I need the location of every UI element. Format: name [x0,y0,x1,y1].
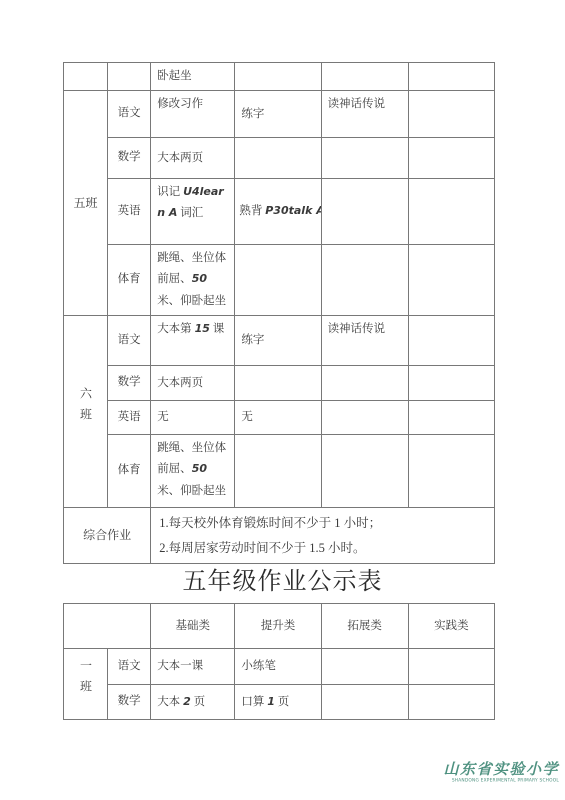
empty-cell [408,316,494,366]
header-improve: 提升类 [235,604,321,649]
cell-class5-math-basic: 大本两页 [151,138,235,179]
subject-label-math: 数学 [108,138,151,179]
cell-carryover-text: 卧起坐 [151,63,235,91]
class5-math-row: 数学 大本两页 [64,138,495,179]
empty-cell [408,179,494,245]
cell-class1-chinese-improve: 小练笔 [235,649,321,685]
empty-cell [408,435,494,508]
subject-label-chinese: 语文 [108,649,151,685]
subject-label-math: 数学 [108,685,151,720]
school-logo-english: SHANDONG EXPERIMENTAL PRIMARY SCHOOL [429,778,559,783]
empty-cell [321,63,408,91]
empty-cell [408,63,494,91]
school-logo: 山东省实验小学 SHANDONG EXPERIMENTAL PRIMARY SC… [379,760,559,785]
cell-class5-chinese-basic: 修改习作 [151,91,235,138]
cell-class6-chinese-expand: 读神话传说 [321,316,408,366]
header-practice: 实践类 [408,604,494,649]
summary-content: 1.每天校外体育锻炼时间不少于 1 小时； 2.每周居家劳动时间不少于 1.5 … [151,508,495,564]
class1-label: 一班 [64,649,108,720]
class6-chinese-row: 六班 语文 大本第 15 课 练字 读神话传说 [64,316,495,366]
empty-cell [321,366,408,401]
subject-label-pe: 体育 [108,435,151,508]
homework-table-upper: 卧起坐 五班 语文 修改习作 练字 读神话传说 数学 大本两页 英语 识记 U4… [63,62,495,564]
header-basic: 基础类 [151,604,235,649]
empty-cell [408,138,494,179]
subject-label-chinese: 语文 [108,91,151,138]
summary-row: 综合作业 1.每天校外体育锻炼时间不少于 1 小时； 2.每周居家劳动时间不少于… [64,508,495,564]
class6-label: 六班 [64,316,108,508]
empty-cell [408,401,494,435]
empty-cell [235,245,321,316]
class6-english-row: 英语 无 无 [64,401,495,435]
empty-header-cell [64,604,151,649]
subject-label-chinese: 语文 [108,316,151,366]
empty-cell [321,245,408,316]
empty-cell [235,138,321,179]
homework-table-grade5: 基础类 提升类 拓展类 实践类 一班 语文 大本一课 小练笔 数学 大本 2 页… [63,603,495,720]
cell-class6-english-basic: 无 [151,401,235,435]
class5-pe-row: 体育 跳绳、坐位体前屈、50 米、仰卧起坐 [64,245,495,316]
class5-label: 五班 [64,91,108,316]
empty-cell [408,649,494,685]
header-row: 基础类 提升类 拓展类 实践类 [64,604,495,649]
empty-cell [64,63,108,91]
header-expand: 拓展类 [321,604,408,649]
cell-class1-math-improve: 口算 1 页 [235,685,321,720]
cell-class5-pe-basic: 跳绳、坐位体前屈、50 米、仰卧起坐 [151,245,235,316]
empty-cell [321,138,408,179]
cell-class6-chinese-basic: 大本第 15 课 [151,316,235,366]
class6-math-row: 数学 大本两页 [64,366,495,401]
subject-label-pe: 体育 [108,245,151,316]
school-logo-chinese: 山东省实验小学 [379,760,559,778]
empty-cell [235,63,321,91]
empty-cell [408,91,494,138]
cell-class6-math-basic: 大本两页 [151,366,235,401]
empty-cell [321,179,408,245]
class5-chinese-row: 五班 语文 修改习作 练字 读神话传说 [64,91,495,138]
empty-cell [408,245,494,316]
cell-class6-english-improve: 无 [235,401,321,435]
class1-math-row: 数学 大本 2 页 口算 1 页 [64,685,495,720]
summary-line-2: 2.每周居家劳动时间不少于 1.5 小时。 [159,536,488,561]
empty-cell [408,366,494,401]
cell-class1-chinese-basic: 大本一课 [151,649,235,685]
summary-label: 综合作业 [64,508,151,564]
class6-label-text: 六班 [80,387,92,429]
empty-cell [108,63,151,91]
cell-class5-chinese-expand: 读神话传说 [321,91,408,138]
empty-cell [321,685,408,720]
cell-class1-math-basic: 大本 2 页 [151,685,235,720]
subject-label-math: 数学 [108,366,151,401]
summary-line-1: 1.每天校外体育锻炼时间不少于 1 小时； [159,511,488,536]
class1-label-text: 一班 [80,659,92,701]
class5-english-row: 英语 识记 U4learn A 词汇 熟背 P30talk A [64,179,495,245]
empty-cell [235,435,321,508]
carryover-row: 卧起坐 [64,63,495,91]
cell-class6-pe-basic: 跳绳、坐位体前屈、50 米、仰卧起坐 [151,435,235,508]
cell-class5-english-basic: 识记 U4learn A 词汇 [151,179,235,245]
page-title: 五年级作业公示表 [0,562,565,602]
empty-cell [235,366,321,401]
empty-cell [321,401,408,435]
subject-label-english: 英语 [108,179,151,245]
class1-chinese-row: 一班 语文 大本一课 小练笔 [64,649,495,685]
class6-pe-row: 体育 跳绳、坐位体前屈、50 米、仰卧起坐 [64,435,495,508]
subject-label-english: 英语 [108,401,151,435]
empty-cell [408,685,494,720]
cell-class5-english-improve: 熟背 P30talk A [235,179,321,245]
cell-class5-chinese-improve: 练字 [235,91,321,138]
empty-cell [321,649,408,685]
cell-class6-chinese-improve: 练字 [235,316,321,366]
empty-cell [321,435,408,508]
